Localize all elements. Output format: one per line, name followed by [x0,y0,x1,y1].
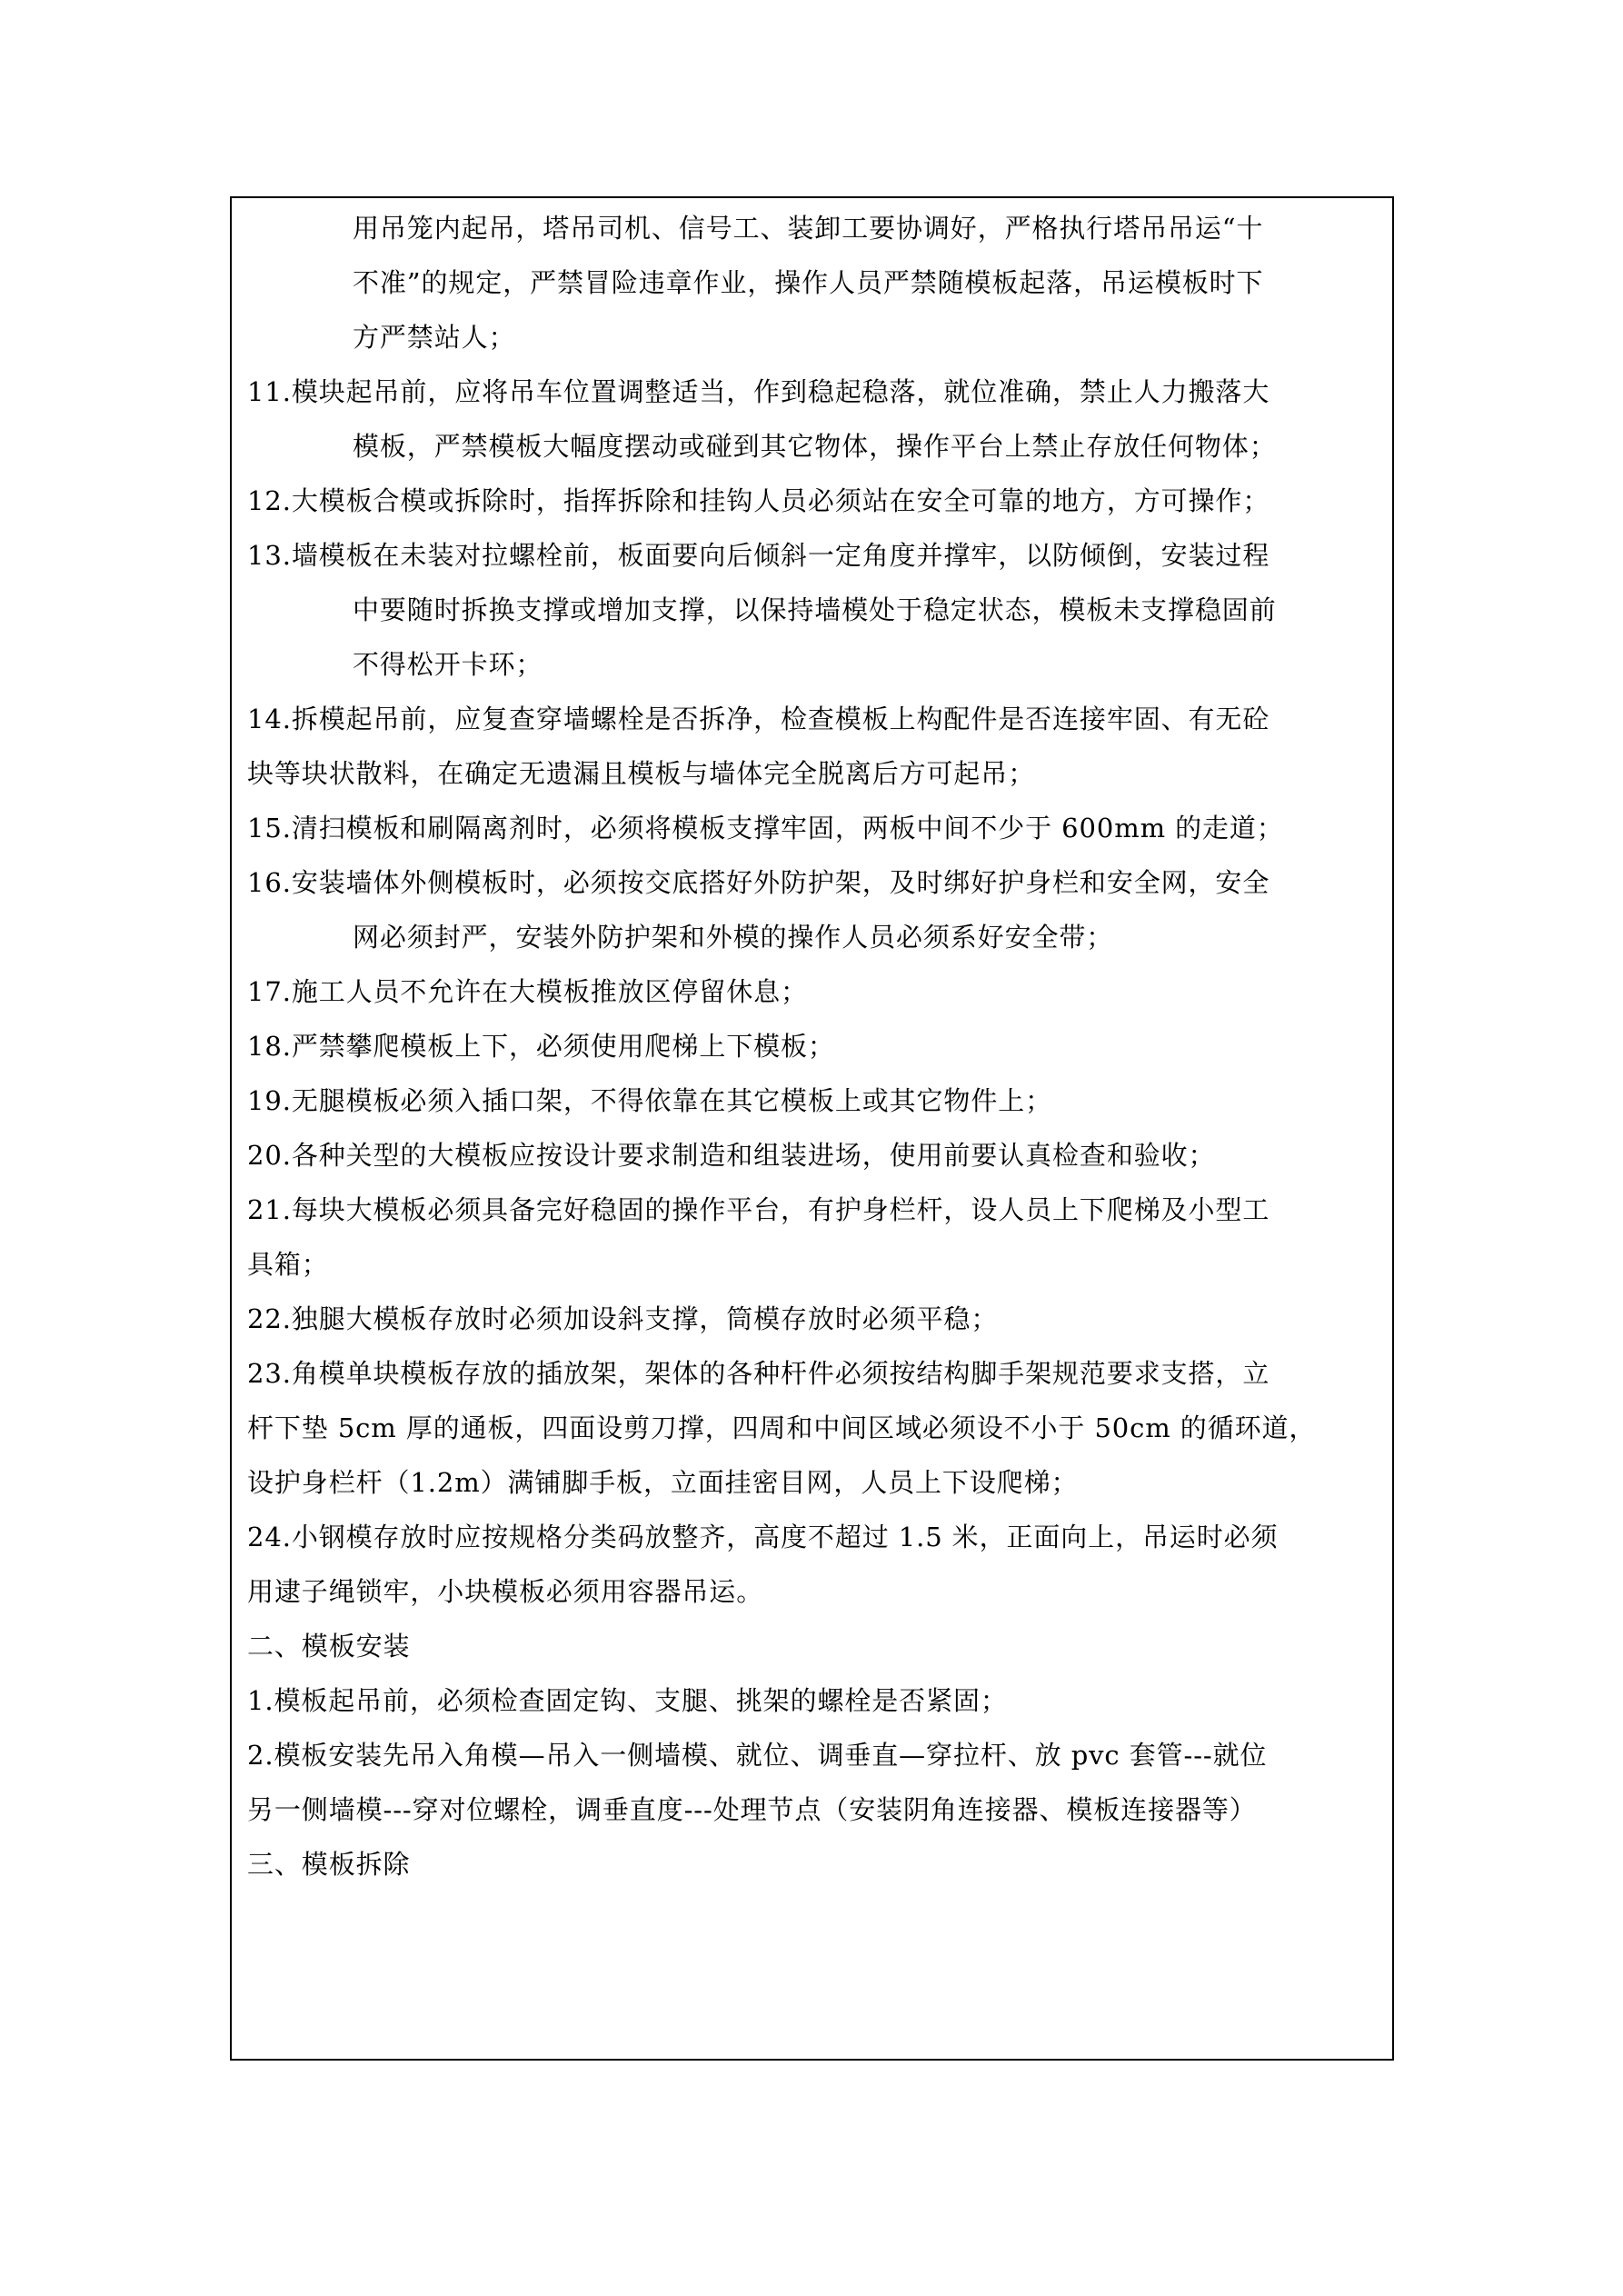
text-line: 14.拆模起吊前，应复查穿墙螺栓是否拆净，检查模板上构配件是否连接牢固、有无砼 [247,704,1270,734]
text-line: 不得松开卡环； [353,649,543,680]
text-line: 2.模板安装先吊入角模—吊入一侧墙模、就位、调垂直—穿拉杆、放 pvc 套管--… [247,1740,1267,1771]
text-line: 网必须封严，安装外防护架和外模的操作人员必须系好安全带； [353,922,1113,953]
text-line: 中要随时拆换支撑或增加支撑，以保持墙模处于稳定状态，模板未支撑稳固前 [353,594,1277,625]
text-line: 另一侧墙模---穿对位螺栓，调垂直度---处理节点（安装阴角连接器、模板连接器等… [247,1794,1257,1825]
text-line: 1.模板起吊前，必须检查固定钩、支腿、挑架的螺栓是否紧固； [247,1685,1008,1716]
text-line: 杆下垫 5cm 厚的通板，四面设剪刀撑，四周和中间区域必须设不小于 50cm 的… [247,1413,1316,1443]
text-line: 用吊笼内起吊，塔吊司机、信号工、装卸工要协调好，严格执行塔吊吊运“十 [353,213,1263,244]
text-line: 不准”的规定，严禁冒险违章作业，操作人员严禁随模板起落，吊运模板时下 [353,267,1263,298]
text-line: 方严禁站人； [353,322,515,353]
text-line: 17.施工人员不允许在大模板推放区停留休息； [247,976,808,1007]
text-line: 具箱； [247,1249,329,1280]
text-line: 设护身栏杆（1.2m）满铺脚手板，立面挂密目网，人员上下设爬梯； [247,1467,1078,1498]
text-line: 24.小钢模存放时应按规格分类码放整齐，高度不超过 1.5 米，正面向上，吊运时… [247,1522,1278,1552]
text-line: 13.墙模板在未装对拉螺栓前，板面要向后倾斜一定角度并撑牢，以防倾倒，安装过程 [247,540,1270,571]
text-line: 模板，严禁模板大幅度摆动或碰到其它物体，操作平台上禁止存放任何物体； [353,431,1277,462]
text-line: 用逮子绳锁牢，小块模板必须用容器吊运。 [247,1576,763,1607]
text-line: 22.独腿大模板存放时必须加设斜支撑，筒模存放时必须平稳； [247,1303,998,1334]
text-line: 块等块状散料，在确定无遗漏且模板与墙体完全脱离后方可起吊； [247,758,1035,789]
text-line: 19.无腿模板必须入插口架，不得依靠在其它模板上或其它物件上； [247,1085,1052,1116]
bordered-text-cell: 用吊笼内起吊，塔吊司机、信号工、装卸工要协调好，严格执行塔吊吊运“十不准”的规定… [230,196,1394,2061]
text-line: 15.清扫模板和刷隔离剂时，必须将模板支撑牢固，两板中间不少于 600mm 的走… [247,813,1284,844]
text-line: 12.大模板合模或拆除时，指挥拆除和挂钩人员必须站在安全可靠的地方，方可操作； [247,485,1270,516]
text-line: 18.严禁攀爬模板上下，必须使用爬梯上下模板； [247,1031,835,1062]
text-line: 11.模块起吊前，应将吊车位置调整适当，作到稳起稳落，就位准确，禁止人力搬落大 [247,376,1270,407]
text-line: 20.各种关型的大模板应按设计要求制造和组装进场，使用前要认真检查和验收； [247,1140,1215,1171]
document-page: 用吊笼内起吊，塔吊司机、信号工、装卸工要协调好，严格执行塔吊吊运“十不准”的规定… [0,0,1623,2296]
text-line: 23.角模单块模板存放的插放架，架体的各种杆件必须按结构脚手架规范要求支搭，立 [247,1358,1270,1389]
text-line: 二、模板安装 [247,1631,410,1662]
text-line: 16.安装墙体外侧模板时，必须按交底搭好外防护架，及时绑好护身栏和安全网，安全 [247,867,1270,898]
text-line: 三、模板拆除 [247,1849,410,1880]
text-line: 21.每块大模板必须具备完好稳固的操作平台，有护身栏杆，设人员上下爬梯及小型工 [247,1194,1270,1225]
